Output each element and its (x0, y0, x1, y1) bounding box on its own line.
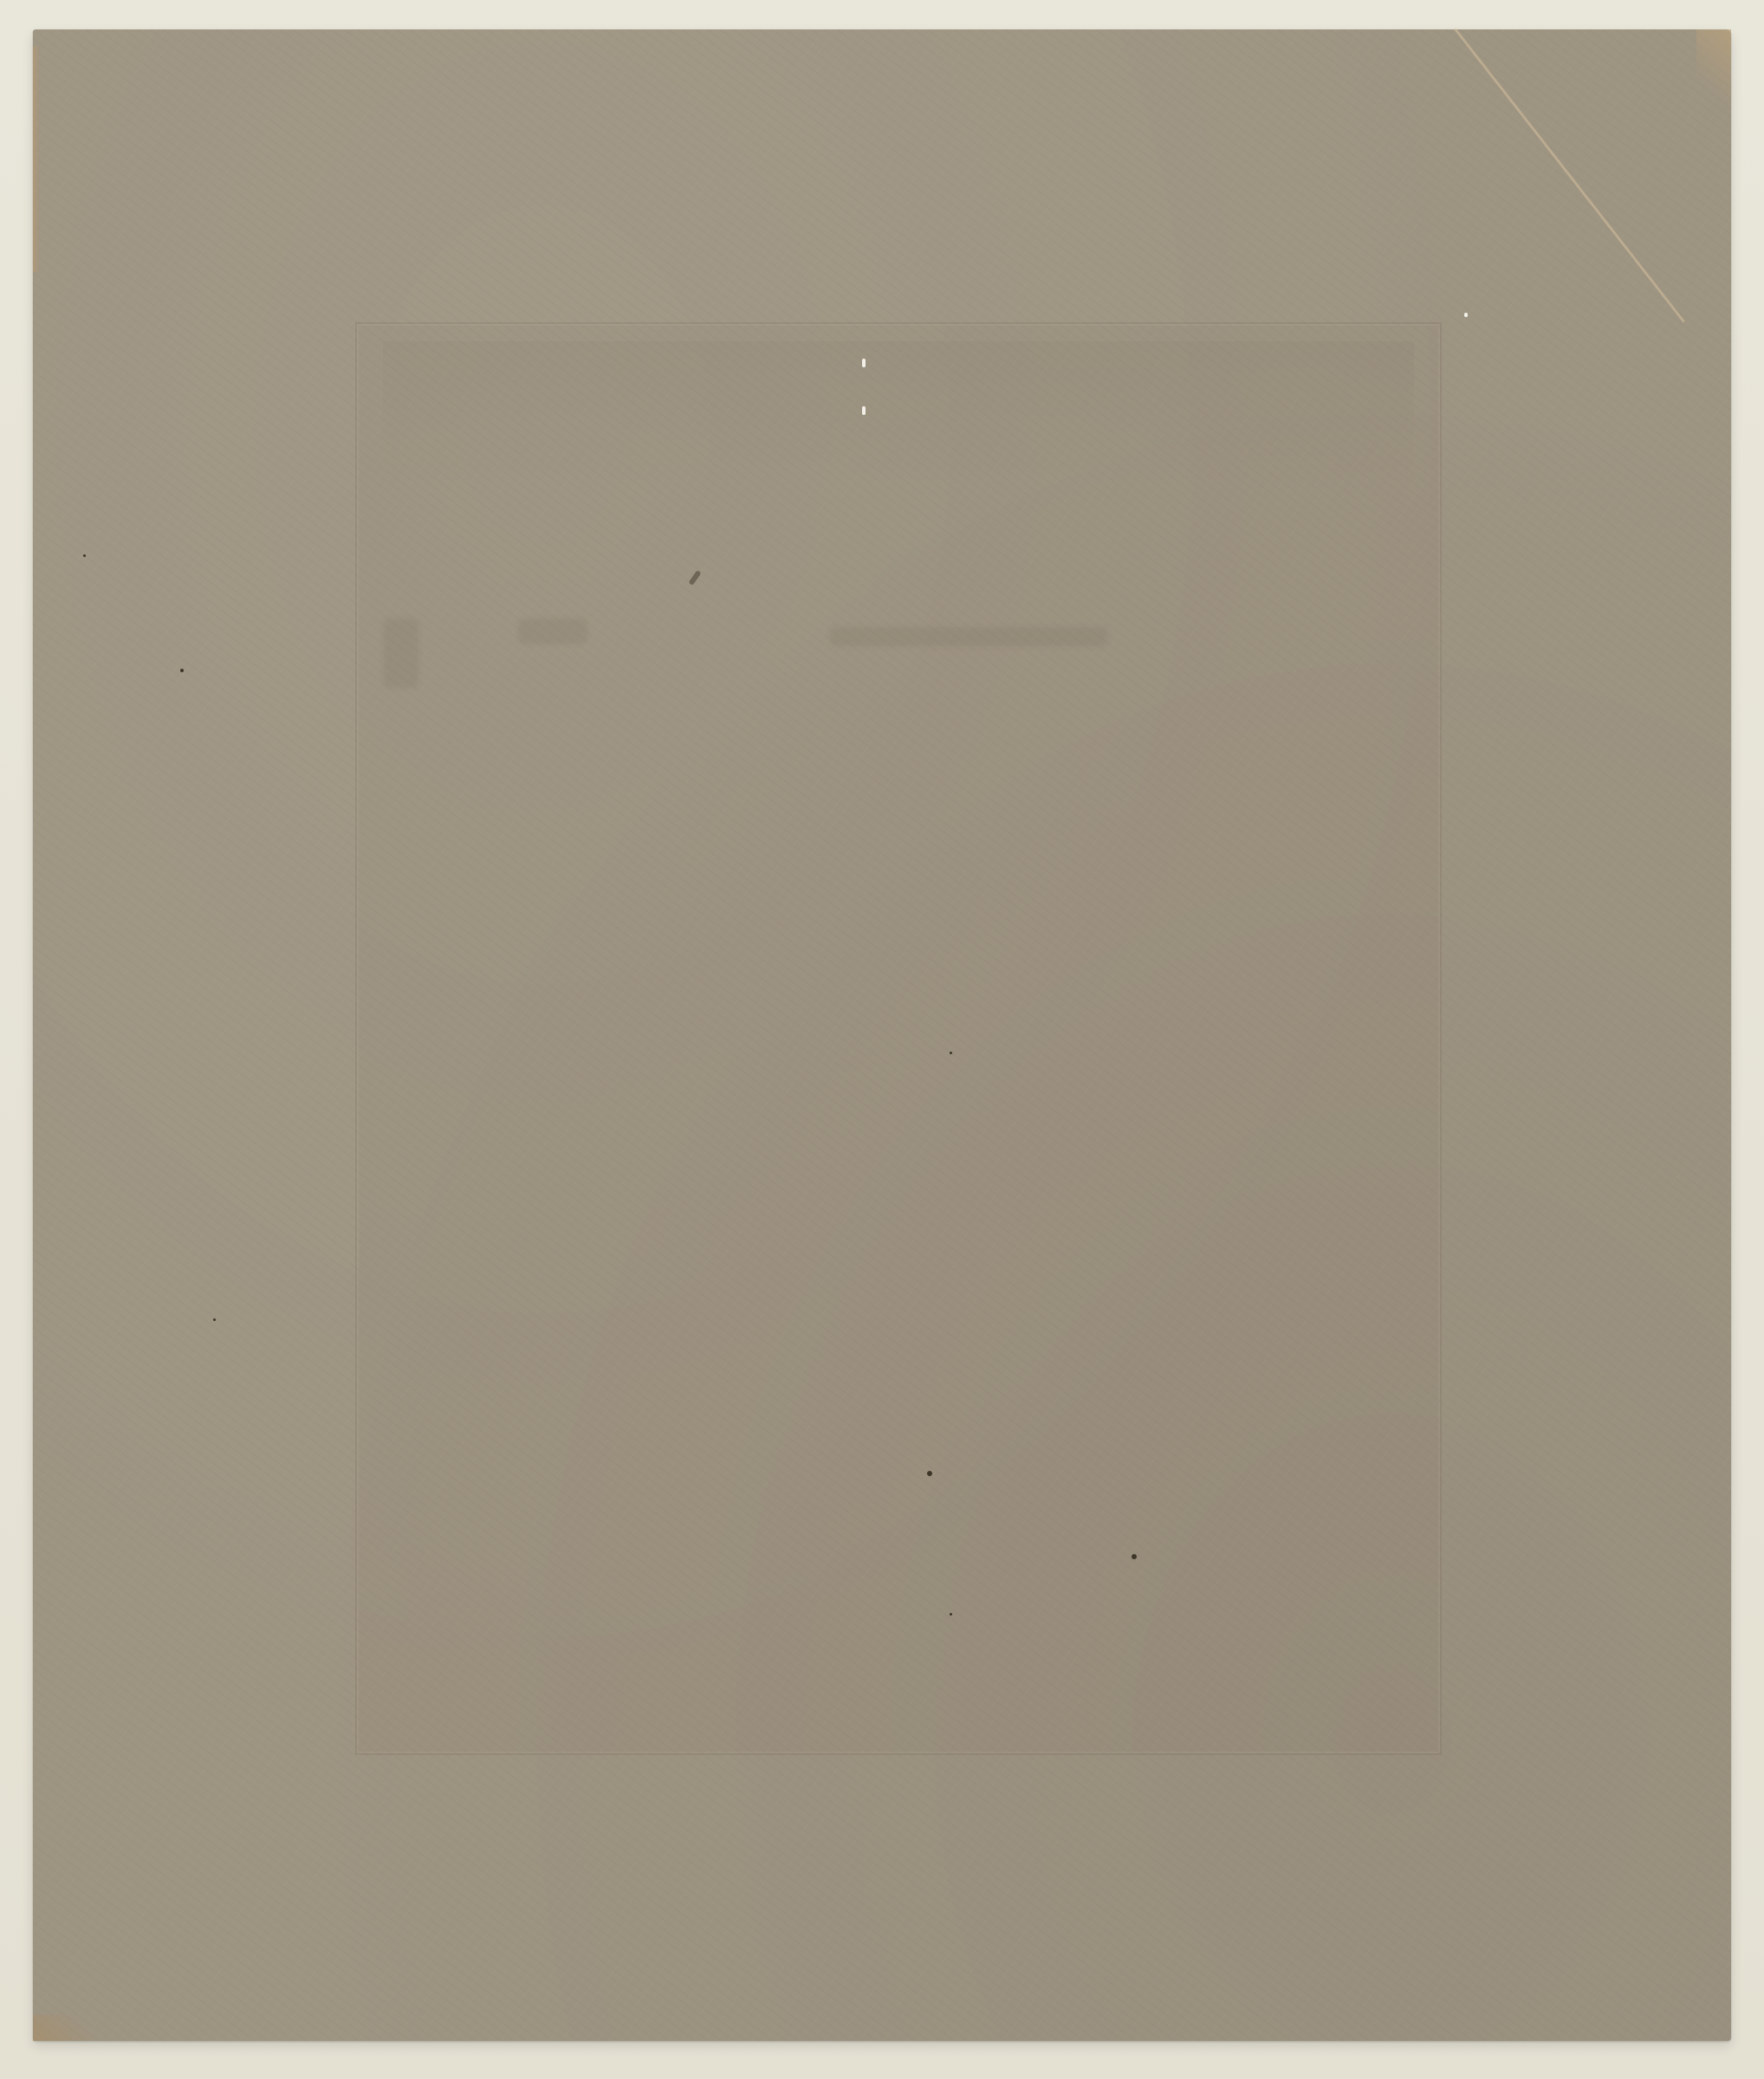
plate-mark-shadow (383, 341, 1414, 489)
dark-speck (83, 554, 86, 557)
dark-speck (213, 1318, 216, 1321)
worn-bottom-left-corner (33, 2015, 94, 2041)
show-through-inscription (830, 627, 1107, 646)
diagonal-crease (1454, 28, 1685, 323)
dark-speck (927, 1471, 932, 1476)
dark-speck (950, 1613, 952, 1616)
torn-top-right-corner (1696, 29, 1731, 116)
paper-sheet (33, 29, 1731, 2041)
dark-speck (180, 669, 184, 672)
white-speck (1464, 313, 1468, 317)
dark-speck (1132, 1554, 1137, 1559)
show-through-mark (518, 619, 587, 644)
dark-speck (950, 1052, 952, 1054)
white-speck (862, 406, 866, 415)
show-through-mark (384, 619, 418, 688)
plate-mark (355, 322, 1442, 1755)
white-speck (862, 359, 866, 367)
deckled-left-edge (33, 47, 40, 272)
